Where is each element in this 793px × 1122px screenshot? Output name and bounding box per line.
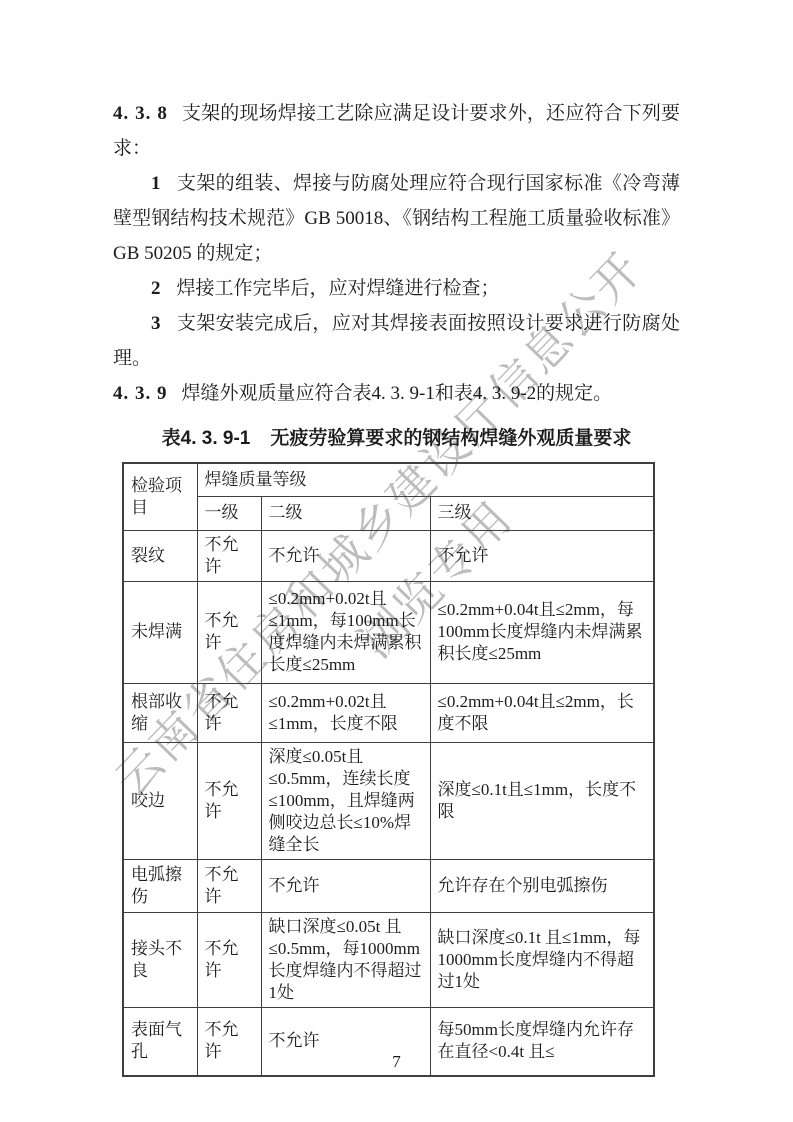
grade3-cell: 不允许 (430, 530, 654, 581)
table-row: 未焊满 不允许 ≤0.2mm+0.02t且≤1mm，每100mm长度焊缝内未焊满… (123, 581, 654, 683)
table-row: 电弧擦伤 不允许 不允许 允许存在个别电弧擦伤 (123, 859, 654, 912)
weld-quality-table: 检验项目 焊缝质量等级 一级 二级 三级 裂纹 不允许 不允许 不允许 未焊满 … (122, 462, 655, 1077)
clause-4-3-9: 4. 3. 9焊缝外观质量应符合表4. 3. 9-1和表4. 3. 9-2的规定… (113, 376, 680, 411)
grade2-cell: 不允许 (261, 530, 430, 581)
item-number: 1 (151, 173, 161, 194)
clause-number: 4. 3. 8 (113, 103, 168, 124)
table-row: 裂纹 不允许 不允许 不允许 (123, 530, 654, 581)
header-grade-3: 三级 (430, 496, 654, 530)
row-label-cell: 咬边 (123, 742, 197, 859)
grade1-cell: 不允许 (197, 859, 261, 912)
list-item-2: 2焊接工作完毕后，应对焊缝进行检查； (113, 271, 680, 306)
page-content: 4. 3. 8支架的现场焊接工艺除应满足设计要求外，还应符合下列要求： 1支架的… (113, 96, 680, 1077)
header-grade-1: 一级 (197, 496, 261, 530)
grade2-cell: ≤0.2mm+0.02t且≤1mm，每100mm长度焊缝内未焊满累积长度≤25m… (261, 581, 430, 683)
grade3-cell: 缺口深度≤0.1t 且≤1mm，每1000mm长度焊缝内不得超过1处 (430, 912, 654, 1007)
document-page: 云南省住房和城乡建设厅信息公开 浏览专用 4. 3. 8支架的现场焊接工艺除应满… (0, 0, 793, 1122)
row-label-cell: 未焊满 (123, 581, 197, 683)
clause-text: 焊缝外观质量应符合表4. 3. 9-1和表4. 3. 9-2的规定。 (182, 383, 613, 404)
list-item-3: 3支架安装完成后，应对其焊接表面按照设计要求进行防腐处理。 (113, 306, 680, 376)
grade3-cell: ≤0.2mm+0.04t且≤2mm，长度不限 (430, 683, 654, 742)
row-label-cell: 接头不良 (123, 912, 197, 1007)
clause-text: 支架的现场焊接工艺除应满足设计要求外，还应符合下列要求： (113, 103, 680, 159)
grade2-cell: 缺口深度≤0.05t 且≤0.5mm，每1000mm长度焊缝内不得超过1处 (261, 912, 430, 1007)
item-text: 焊接工作完毕后，应对焊缝进行检查； (177, 278, 500, 299)
table-caption: 表4. 3. 9-1无疲劳验算要求的钢结构焊缝外观质量要求 (113, 426, 680, 452)
header-grade-2: 二级 (261, 496, 430, 530)
item-number: 3 (151, 313, 161, 334)
grade1-cell: 不允许 (197, 581, 261, 683)
item-text: 支架安装完成后，应对其焊接表面按照设计要求进行防腐处理。 (113, 313, 680, 369)
grade1-cell: 不允许 (197, 683, 261, 742)
header-weld-quality-grade: 焊缝质量等级 (197, 463, 654, 496)
header-inspection-item: 检验项目 (123, 463, 197, 530)
table-caption-label: 表4. 3. 9-1 (162, 428, 251, 449)
page-number: 7 (0, 1052, 793, 1072)
clause-number: 4. 3. 9 (113, 383, 168, 404)
grade2-cell: 深度≤0.05t且≤0.5mm，连续长度≤100mm，且焊缝两侧咬边总长≤10%… (261, 742, 430, 859)
table-row: 接头不良 不允许 缺口深度≤0.05t 且≤0.5mm，每1000mm长度焊缝内… (123, 912, 654, 1007)
grade3-cell: ≤0.2mm+0.04t且≤2mm，每100mm长度焊缝内未焊满累积长度≤25m… (430, 581, 654, 683)
grade3-cell: 深度≤0.1t且≤1mm，长度不限 (430, 742, 654, 859)
grade1-cell: 不允许 (197, 912, 261, 1007)
item-text: 支架的组装、焊接与防腐处理应符合现行国家标准《冷弯薄壁型钢结构技术规范》GB 5… (113, 173, 680, 264)
clause-4-3-8: 4. 3. 8支架的现场焊接工艺除应满足设计要求外，还应符合下列要求： (113, 96, 680, 166)
row-label-cell: 裂纹 (123, 530, 197, 581)
row-label-cell: 电弧擦伤 (123, 859, 197, 912)
grade3-cell: 允许存在个别电弧擦伤 (430, 859, 654, 912)
grade1-cell: 不允许 (197, 530, 261, 581)
table-row: 根部收缩 不允许 ≤0.2mm+0.02t且≤1mm，长度不限 ≤0.2mm+0… (123, 683, 654, 742)
row-label-cell: 根部收缩 (123, 683, 197, 742)
list-item-1: 1支架的组装、焊接与防腐处理应符合现行国家标准《冷弯薄壁型钢结构技术规范》GB … (113, 166, 680, 271)
table-row: 咬边 不允许 深度≤0.05t且≤0.5mm，连续长度≤100mm，且焊缝两侧咬… (123, 742, 654, 859)
grade2-cell: 不允许 (261, 859, 430, 912)
table-caption-title: 无疲劳验算要求的钢结构焊缝外观质量要求 (270, 428, 631, 449)
item-number: 2 (151, 278, 161, 299)
grade2-cell: ≤0.2mm+0.02t且≤1mm，长度不限 (261, 683, 430, 742)
grade1-cell: 不允许 (197, 742, 261, 859)
